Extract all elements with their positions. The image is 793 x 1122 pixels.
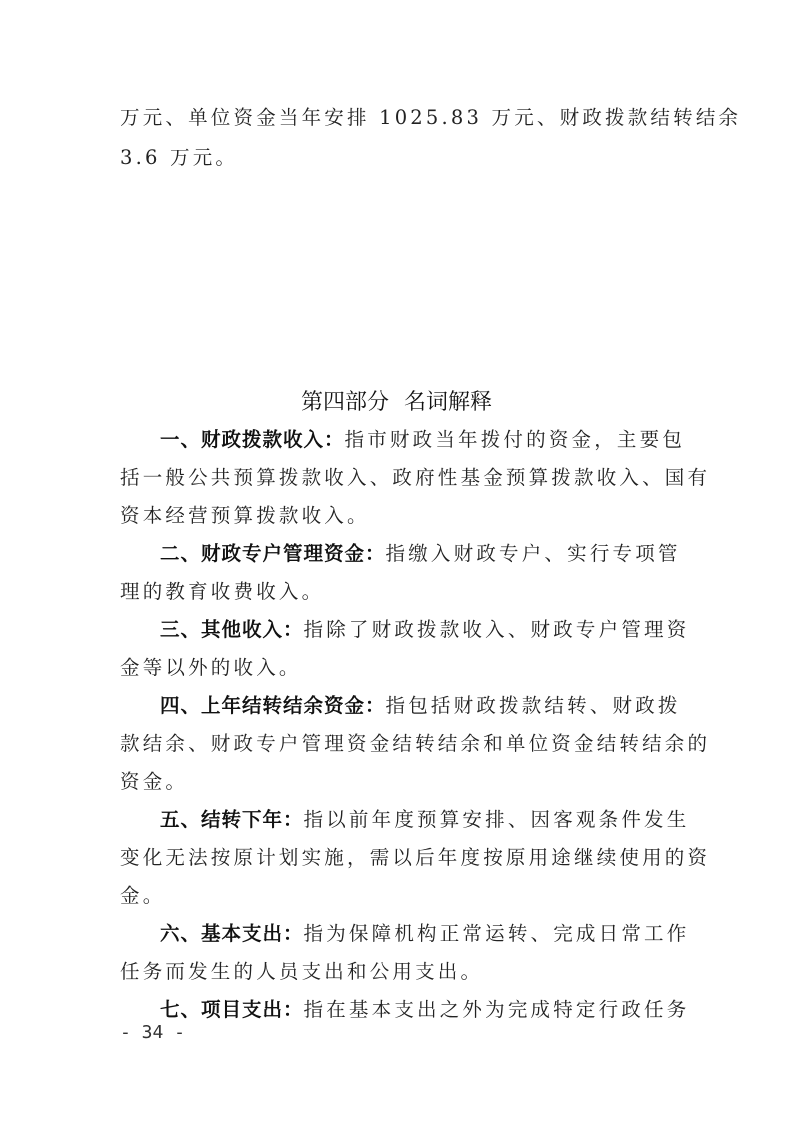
intro-line-2: 3.6 万元。 xyxy=(120,146,673,170)
definition-text: 指除了财政拨款收入、财政专户管理资 xyxy=(304,618,690,641)
definition-text: 指在基本支出之外为完成特定行政任务 xyxy=(304,998,690,1021)
definition-term: 六、基本支出： xyxy=(160,922,304,945)
definition-2-first-line: 二、财政专户管理资金：指缴入财政专户、实行专项管 xyxy=(120,542,673,566)
definition-7-first-line: 七、项目支出：指在基本支出之外为完成特定行政任务 xyxy=(120,998,673,1022)
definition-text: 指市财政当年拨付的资金，主要包 xyxy=(345,428,686,451)
section-title-part: 第四部分 xyxy=(301,390,389,415)
definition-term: 三、其他收入： xyxy=(160,618,304,641)
definition-2-line: 理的教育收费收入。 xyxy=(120,580,673,604)
definition-3-first-line: 三、其他收入：指除了财政拨款收入、财政专户管理资 xyxy=(120,618,673,642)
definition-4-line: 资金。 xyxy=(120,770,673,794)
definition-5-line: 变化无法按原计划实施，需以后年度按原用途继续使用的资 xyxy=(120,846,673,870)
definition-1-first-line: 一、财政拨款收入：指市财政当年拨付的资金，主要包 xyxy=(120,428,673,452)
section-title-name: 名词解释 xyxy=(404,390,492,415)
definition-6-first-line: 六、基本支出：指为保障机构正常运转、完成日常工作 xyxy=(120,922,673,946)
definition-term: 一、财政拨款收入： xyxy=(160,428,345,451)
intro-line-1: 万元、单位资金当年安排 1025.83 万元、财政拨款结转结余 xyxy=(120,106,673,130)
definition-3-line: 金等以外的收入。 xyxy=(120,656,673,680)
page-number: - 34 - xyxy=(120,1022,185,1043)
document-page: 万元、单位资金当年安排 1025.83 万元、财政拨款结转结余 3.6 万元。 … xyxy=(0,0,793,1122)
definition-4-line: 款结余、财政专户管理资金结转结余和单位资金结转结余的 xyxy=(120,732,673,756)
definition-term: 二、财政专户管理资金： xyxy=(160,542,386,565)
definition-5-line: 金。 xyxy=(120,884,673,908)
definition-1-line: 资本经营预算拨款收入。 xyxy=(120,504,673,528)
definition-term: 五、结转下年： xyxy=(160,808,304,831)
definition-1-line: 括一般公共预算拨款收入、政府性基金预算拨款收入、国有 xyxy=(120,466,673,490)
definition-text: 指为保障机构正常运转、完成日常工作 xyxy=(304,922,690,945)
definition-5-first-line: 五、结转下年：指以前年度预算安排、因客观条件发生 xyxy=(120,808,673,832)
definition-text: 指以前年度预算安排、因客观条件发生 xyxy=(304,808,690,831)
definition-text: 指缴入财政专户、实行专项管 xyxy=(386,542,681,565)
section-title: 第四部分 名词解释 xyxy=(0,389,793,417)
definition-6-line: 任务而发生的人员支出和公用支出。 xyxy=(120,960,673,984)
definition-4-first-line: 四、上年结转结余资金：指包括财政拨款结转、财政拨 xyxy=(120,694,673,718)
definition-term: 七、项目支出： xyxy=(160,998,304,1021)
definition-text: 指包括财政拨款结转、财政拨 xyxy=(386,694,681,717)
definition-term: 四、上年结转结余资金： xyxy=(160,694,386,717)
